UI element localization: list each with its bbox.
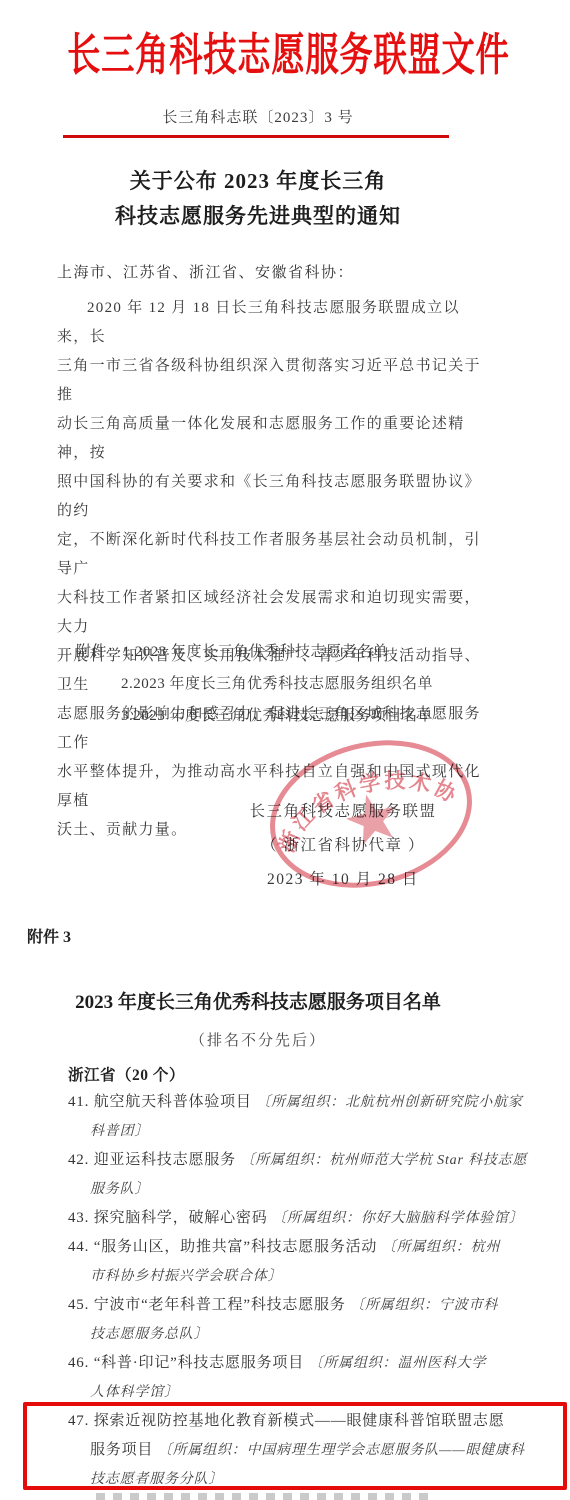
item-title: 服务项目 (90, 1442, 158, 1458)
item-title: 43. 探究脑科学，破解心密码 (68, 1210, 272, 1226)
signature-onbehalf: （ 浙江省科协代章 ） (193, 829, 493, 863)
attachment-ref-3: 3.2023 年度长三角优秀科技志愿服务项目名单 (76, 700, 433, 732)
list-item-46-line1: 46. “科普·印记”科技志愿服务项目 〔所属组织：温州医科大学 (68, 1349, 510, 1378)
addressee-line: 上海市、江苏省、浙江省、安徽省科协： (57, 261, 354, 282)
list-item-42-line2: 服务队〕 (68, 1175, 510, 1204)
paragraph-line: 照中国科协的有关要求和《长三角科技志愿服务联盟协议》的约 (57, 468, 481, 526)
paragraph-line: 2020 年 12 月 18 日长三角科技志愿服务联盟成立以来，长 (57, 294, 481, 352)
item-org: 〔所属组织：温州医科大学 (309, 1356, 487, 1371)
item-org: 〔所属组织：中国病理生理学会志愿服务队——眼健康科 (158, 1443, 525, 1458)
doc-number: 长三角科志联〔2023〕3 号 (0, 106, 516, 127)
list-item-45-line1: 45. 宁波市“老年科普工程”科技志愿服务 〔所属组织：宁波市科 (68, 1291, 510, 1320)
item-title: 45. 宁波市“老年科普工程”科技志愿服务 (68, 1297, 350, 1313)
notice-title-line2: 科技志愿服务先进典型的通知 (0, 199, 516, 234)
list-item-47-line3: 技志愿者服务分队〕 (68, 1465, 510, 1494)
item-org: 〔所属组织：你好大脑脑科学体验馆〕 (272, 1211, 524, 1226)
signature-date: 2023 年 10 月 28 日 (193, 863, 493, 897)
item-org: 人体科学馆〕 (90, 1385, 179, 1400)
item-org: 技志愿者服务分队〕 (90, 1472, 223, 1487)
list-item-41-line1: 41. 航空航天科普体验项目 〔所属组织：北航杭州创新研究院小航家 (68, 1088, 510, 1117)
project-list: 41. 航空航天科普体验项目 〔所属组织：北航杭州创新研究院小航家 科普团〕 4… (68, 1088, 510, 1494)
attachments-block: 附件：1.2023 年度长三角优秀科技志愿者名单 2.2023 年度长三角优秀科… (76, 636, 433, 732)
item-org: 市科协乡村振兴学会联合体〕 (90, 1269, 282, 1284)
paragraph-line: 定，不断深化新时代科技工作者服务基层社会动员机制，引导广 (57, 526, 481, 584)
signature-org: 长三角科技志愿服务联盟 (193, 795, 493, 829)
item-title: 44. “服务山区，助推共富”科技志愿服务活动 (68, 1239, 382, 1255)
appendix-label: 附件 3 (27, 924, 71, 947)
list-item-44-line1: 44. “服务山区，助推共富”科技志愿服务活动 〔所属组织：杭州 (68, 1233, 510, 1262)
item-title: 47. 探索近视防控基地化教育新模式——眼健康科普馆联盟志愿 (68, 1413, 505, 1429)
list-item-47-line2: 服务项目 〔所属组织：中国病理生理学会志愿服务队——眼健康科 (68, 1436, 510, 1465)
appendix-title: 2023 年度长三角优秀科技志愿服务项目名单 (0, 987, 516, 1014)
list-item-45-line2: 技志愿服务总队〕 (68, 1320, 510, 1349)
item-org: 科普团〕 (90, 1124, 149, 1139)
letterhead-title: 长三角科技志愿服务联盟文件 (67, 18, 449, 83)
attachment-ref-1: 附件：1.2023 年度长三角优秀科技志愿者名单 (76, 636, 433, 668)
item-title: 41. 航空航天科普体验项目 (68, 1094, 256, 1110)
paragraph-line: 动长三角高质量一体化发展和志愿服务工作的重要论述精神，按 (57, 410, 481, 468)
paragraph-line: 三角一市三省各级科协组织深入贯彻落实习近平总书记关于推 (57, 352, 481, 410)
item-title: 46. “科普·印记”科技志愿服务项目 (68, 1355, 309, 1371)
notice-title-line1: 关于公布 2023 年度长三角 (0, 164, 516, 199)
item-org: 〔所属组织：杭州 (382, 1240, 500, 1255)
list-item-46-line2: 人体科学馆〕 (68, 1378, 510, 1407)
item-org: 〔所属组织：杭州师范大学杭 Star 科技志愿 (240, 1153, 527, 1168)
item-org: 技志愿服务总队〕 (90, 1327, 208, 1342)
list-item-43-line1: 43. 探究脑科学，破解心密码 〔所属组织：你好大脑脑科学体验馆〕 (68, 1204, 510, 1233)
list-item-47-line1: 47. 探索近视防控基地化教育新模式——眼健康科普馆联盟志愿 (68, 1407, 510, 1436)
province-header: 浙江省（20 个） (68, 1063, 185, 1085)
item-title: 42. 迎亚运科技志愿服务 (68, 1152, 240, 1168)
list-item-42-line1: 42. 迎亚运科技志愿服务 〔所属组织：杭州师范大学杭 Star 科技志愿 (68, 1146, 510, 1175)
item-org: 〔所属组织：宁波市科 (350, 1298, 498, 1313)
item-org: 服务队〕 (90, 1182, 149, 1197)
list-item-44-line2: 市科协乡村振兴学会联合体〕 (68, 1262, 510, 1291)
attachment-ref-2: 2.2023 年度长三角优秀科技志愿服务组织名单 (76, 668, 433, 700)
appendix-subtitle: （排名不分先后） (0, 1029, 516, 1050)
document-page: 长三角科技志愿服务联盟文件 长三角科志联〔2023〕3 号 关于公布 2023 … (0, 0, 570, 1500)
item-org: 〔所属组织：北航杭州创新研究院小航家 (256, 1095, 522, 1110)
signature-block: 长三角科技志愿服务联盟 （ 浙江省科协代章 ） 2023 年 10 月 28 日 (193, 795, 493, 897)
paragraph-line: 大科技工作者紧扣区域经济社会发展需求和迫切现实需要，大力 (57, 584, 481, 642)
clipped-next-line (96, 1493, 432, 1500)
notice-body-paragraph: 2020 年 12 月 18 日长三角科技志愿服务联盟成立以来，长 三角一市三省… (57, 294, 481, 845)
notice-title: 关于公布 2023 年度长三角 科技志愿服务先进典型的通知 (0, 164, 516, 234)
red-rule-divider (63, 135, 449, 138)
list-item-41-line2: 科普团〕 (68, 1117, 510, 1146)
